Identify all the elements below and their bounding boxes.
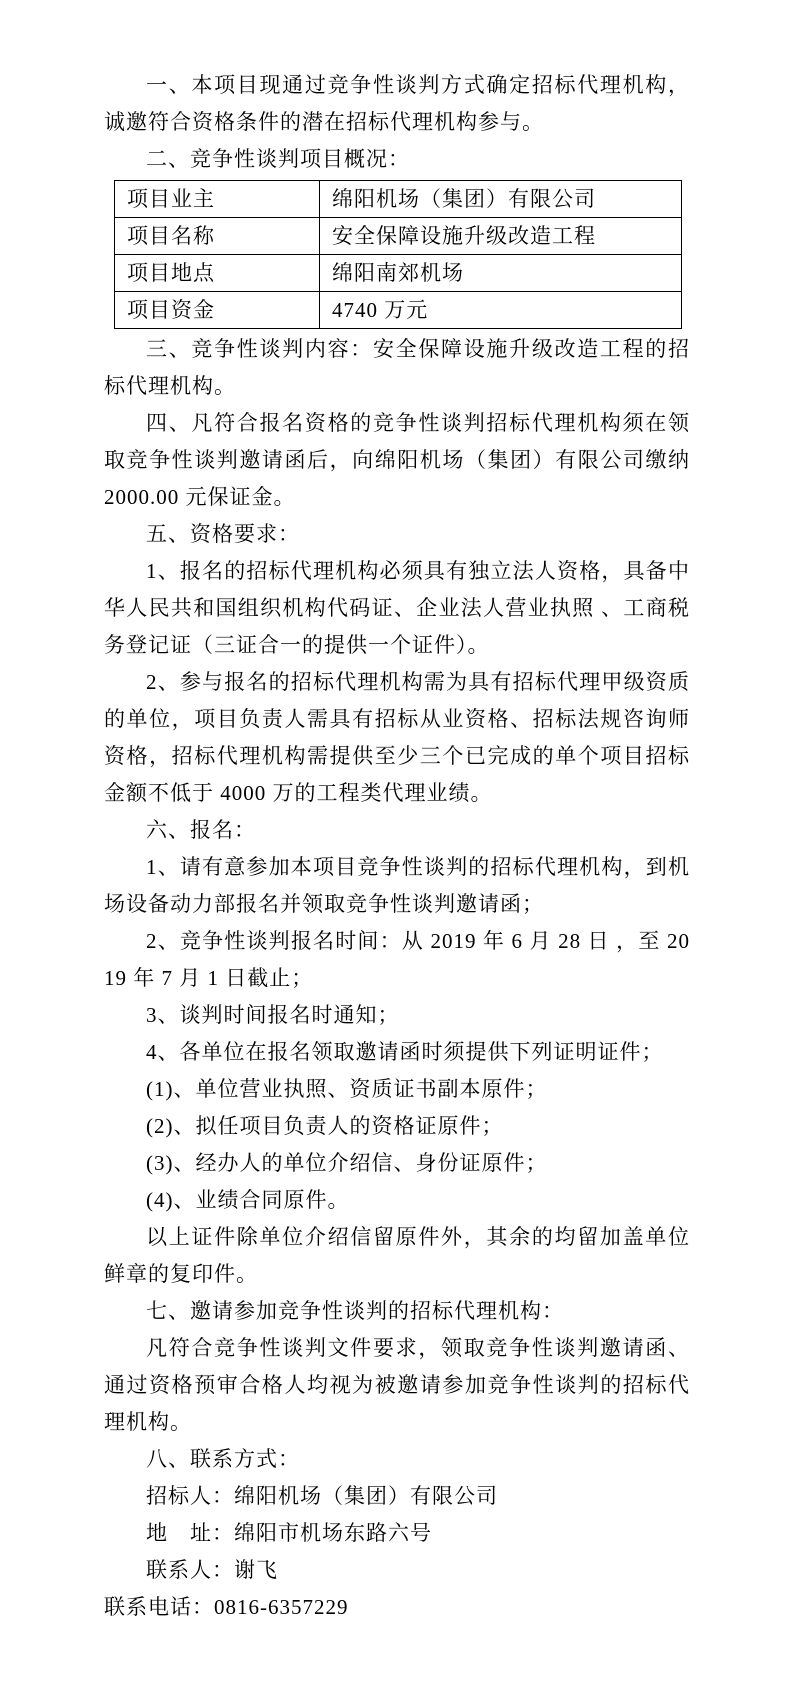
paragraph: (2)、拟任项目负责人的资格证原件；	[104, 1108, 690, 1145]
paragraph: 4、各单位在报名领取邀请函时须提供下列证明证件；	[104, 1034, 690, 1071]
paragraph: 二、竞争性谈判项目概况：	[104, 141, 690, 178]
paragraph: 3、谈判时间报名时通知；	[104, 997, 690, 1034]
paragraph: 四、凡符合报名资格的竞争性谈判招标代理机构须在领取竞争性谈判邀请函后，向绵阳机场…	[104, 405, 690, 516]
table-label-cell: 项目业主	[115, 181, 320, 218]
document-page: 一、本项目现通过竞争性谈判方式确定招标代理机构，诚邀符合资格条件的潜在招标代理机…	[0, 0, 793, 1701]
paragraph: 六、报名：	[104, 812, 690, 849]
table-label-cell: 项目名称	[115, 218, 320, 255]
table-row: 项目地点绵阳南郊机场	[115, 255, 682, 292]
paragraph: 招标人：绵阳机场（集团）有限公司	[104, 1478, 690, 1515]
paragraph: (1)、单位营业执照、资质证书副本原件；	[104, 1071, 690, 1108]
paragraph: 凡符合竞争性谈判文件要求，领取竞争性谈判邀请函、通过资格预审合格人均视为被邀请参…	[104, 1330, 690, 1441]
table-label-cell: 项目地点	[115, 255, 320, 292]
table-row: 项目资金4740 万元	[115, 292, 682, 329]
table-value-cell: 绵阳南郊机场	[320, 255, 682, 292]
paragraph: 七、邀请参加竞争性谈判的招标代理机构：	[104, 1293, 690, 1330]
paragraph: 地 址：绵阳市机场东路六号	[104, 1515, 690, 1552]
document-content: 一、本项目现通过竞争性谈判方式确定招标代理机构，诚邀符合资格条件的潜在招标代理机…	[104, 67, 690, 1626]
table-value-cell: 安全保障设施升级改造工程	[320, 218, 682, 255]
table-label-cell: 项目资金	[115, 292, 320, 329]
paragraph: 联系人：谢飞	[104, 1552, 690, 1589]
paragraph: 以上证件除单位介绍信留原件外，其余的均留加盖单位鲜章的复印件。	[104, 1219, 690, 1293]
paragraph: 1、报名的招标代理机构必须具有独立法人资格，具备中华人民共和国组织机构代码证、企…	[104, 553, 690, 664]
table-value-cell: 4740 万元	[320, 292, 682, 329]
paragraph: 一、本项目现通过竞争性谈判方式确定招标代理机构，诚邀符合资格条件的潜在招标代理机…	[104, 67, 690, 141]
paragraph: 1、请有意参加本项目竞争性谈判的招标代理机构，到机场设备动力部报名并领取竞争性谈…	[104, 849, 690, 923]
paragraph: 2、竞争性谈判报名时间：从 2019 年 6 月 28 日 ，至 2019 年 …	[104, 923, 690, 997]
paragraph: 八、联系方式：	[104, 1441, 690, 1478]
table-row: 项目业主绵阳机场（集团）有限公司	[115, 181, 682, 218]
paragraph: 三、竞争性谈判内容：安全保障设施升级改造工程的招标代理机构。	[104, 331, 690, 405]
paragraph: 五、资格要求：	[104, 516, 690, 553]
table-row: 项目名称安全保障设施升级改造工程	[115, 218, 682, 255]
paragraph: 2、参与报名的招标代理机构需为具有招标代理甲级资质的单位，项目负责人需具有招标从…	[104, 664, 690, 812]
paragraph: (3)、经办人的单位介绍信、身份证原件；	[104, 1145, 690, 1182]
paragraph: (4)、业绩合同原件。	[104, 1182, 690, 1219]
table-value-cell: 绵阳机场（集团）有限公司	[320, 181, 682, 218]
project-overview-table: 项目业主绵阳机场（集团）有限公司项目名称安全保障设施升级改造工程项目地点绵阳南郊…	[114, 180, 682, 329]
paragraph: 联系电话：0816-6357229	[104, 1589, 690, 1626]
